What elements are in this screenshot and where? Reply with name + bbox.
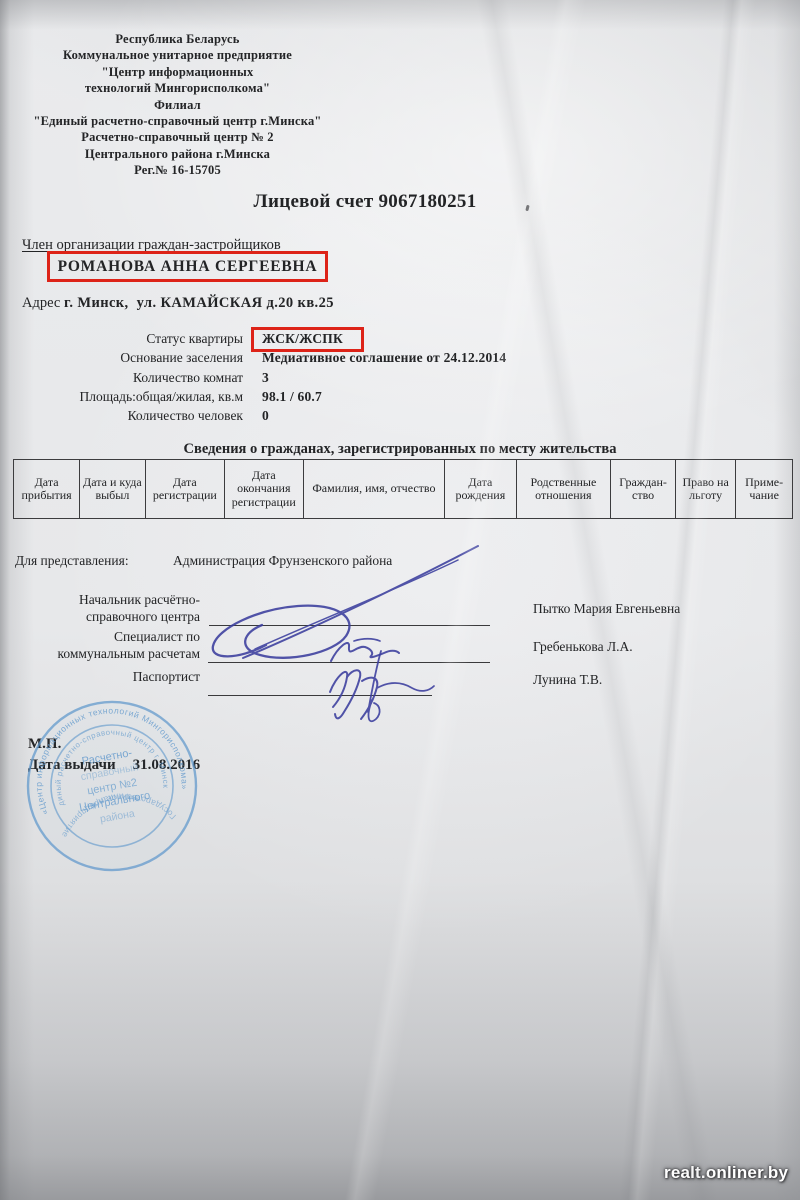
info-value: 3 — [262, 370, 269, 386]
table-col-header: Фамилия, имя, отчество — [303, 460, 445, 519]
table-col-header: Дата регистра­ции — [145, 460, 224, 519]
info-row: Статус квартиры ЖСК/ЖСПК — [0, 331, 800, 351]
letterhead-line: технологий Мингорисполкома" — [25, 80, 330, 96]
signer-name: Пытко Мария Евгеньевна — [533, 601, 680, 617]
info-row: Количество человек 0 — [0, 408, 800, 428]
stamp-inner-circle — [41, 715, 182, 856]
address-value: г. Минск, ул. КАМАЙСКАЯ д.20 кв.25 — [64, 295, 334, 311]
presentation-value: Администрация Фрунзенского района — [173, 553, 392, 569]
letterhead-line: Центрального района г.Минска — [25, 146, 330, 162]
signature-role: коммунальным расчетам — [0, 646, 200, 662]
table-header-row: Дата прибытия Дата и куда выбыл Дата рег… — [14, 460, 793, 519]
presentation-label: Для представления: — [15, 553, 129, 569]
table-col-header: Дата прибытия — [14, 460, 80, 519]
info-label: Основание заселения — [0, 350, 243, 366]
signer-name: Лунина Т.В. — [533, 672, 602, 688]
site-watermark: realt.onliner.by — [664, 1163, 788, 1183]
info-label: Площадь:общая/жилая, кв.м — [0, 389, 243, 405]
info-row: Основание заселения Медиативное соглашен… — [0, 350, 800, 370]
signature-role: Специалист по — [0, 629, 200, 645]
info-row: Площадь:общая/жилая, кв.м 98.1 / 60.7 — [0, 389, 800, 409]
letterhead: Республика Беларусь Коммунальное унитарн… — [25, 31, 330, 179]
svg-text:Центрального: Центрального — [78, 790, 151, 814]
address-line: Адрес г. Минск, ул. КАМАЙСКАЯ д.20 кв.25 — [22, 295, 334, 312]
info-label: Количество комнат — [0, 370, 243, 386]
stamp-ring-top-text: «Центр информационных технологий Мингори… — [21, 693, 192, 817]
letterhead-line: Республика Беларусь — [25, 31, 330, 47]
table-col-header: Дата рождения — [445, 460, 516, 519]
stamp-outer-circle — [15, 689, 210, 884]
signature-role: справочного центра — [0, 609, 200, 625]
address-label: Адрес — [22, 295, 64, 311]
info-value: Медиативное соглашение от 24.12.2014 — [262, 350, 506, 366]
seal-place-label: М.П. — [28, 736, 61, 753]
signature-line — [209, 625, 490, 626]
info-value: 98.1 / 60.7 — [262, 389, 322, 405]
info-label: Количество человек — [0, 408, 243, 424]
issue-date-value: 31.08.2016 — [133, 757, 201, 773]
table-col-header: Дата и куда выбыл — [80, 460, 145, 519]
letterhead-line: Коммунальное унитарное предприятие — [25, 47, 330, 63]
table-title: Сведения о гражданах, зарегистрированных… — [2, 441, 798, 458]
table-col-header: Родственные отношения — [516, 460, 611, 519]
svg-text:района: района — [99, 808, 136, 826]
svg-text:центр №2: центр №2 — [86, 777, 138, 798]
round-stamp: «Центр информационных технологий Мингори… — [15, 689, 210, 884]
table-col-header: Приме­чание — [736, 460, 793, 519]
signature-role: Начальник расчётно- — [0, 592, 200, 608]
registered-citizens-table: Дата прибытия Дата и куда выбыл Дата рег… — [13, 459, 793, 519]
letterhead-line: "Единый расчетно-справочный центр г.Минс… — [25, 113, 330, 129]
table-col-header: Право на льготу — [675, 460, 735, 519]
member-name: РОМАНОВА АННА СЕРГЕЕВНА — [58, 258, 318, 276]
info-value: 0 — [262, 408, 269, 424]
status-highlight-box — [251, 327, 364, 352]
letterhead-line: Расчетно-справочный центр № 2 — [25, 129, 330, 145]
info-label: Статус квартиры — [0, 331, 243, 347]
signature-line — [208, 662, 490, 663]
signature-ink-2 — [331, 639, 399, 661]
document-photo: Республика Беларусь Коммунальное унитарн… — [0, 0, 800, 1200]
table-col-header: Дата окончания регистра­ции — [224, 460, 303, 519]
member-name-highlight-box: РОМАНОВА АННА СЕРГЕЕВНА — [47, 251, 328, 282]
signature-role: Паспортист — [0, 669, 200, 685]
issue-date-label: Дата выдачи — [28, 757, 116, 773]
letterhead-line: Филиал — [25, 97, 330, 113]
table-col-header: Граждан­ство — [611, 460, 676, 519]
stamp-ring-bottom-text: Государственное предприятие — [54, 783, 179, 841]
letterhead-line: Рег.№ 16-15705 — [25, 162, 330, 178]
page-title: Лицевой счет 9067180251 — [30, 191, 700, 213]
letterhead-line: "Центр информационных — [25, 64, 330, 80]
signer-name: Гребенькова Л.А. — [533, 639, 633, 655]
info-row: Количество комнат 3 — [0, 370, 800, 390]
issue-date-row: Дата выдачи31.08.2016 — [28, 757, 200, 774]
signature-line — [208, 695, 432, 696]
stamp-inner-bottom-text: ✳ Филиал ✳ — [86, 788, 143, 814]
